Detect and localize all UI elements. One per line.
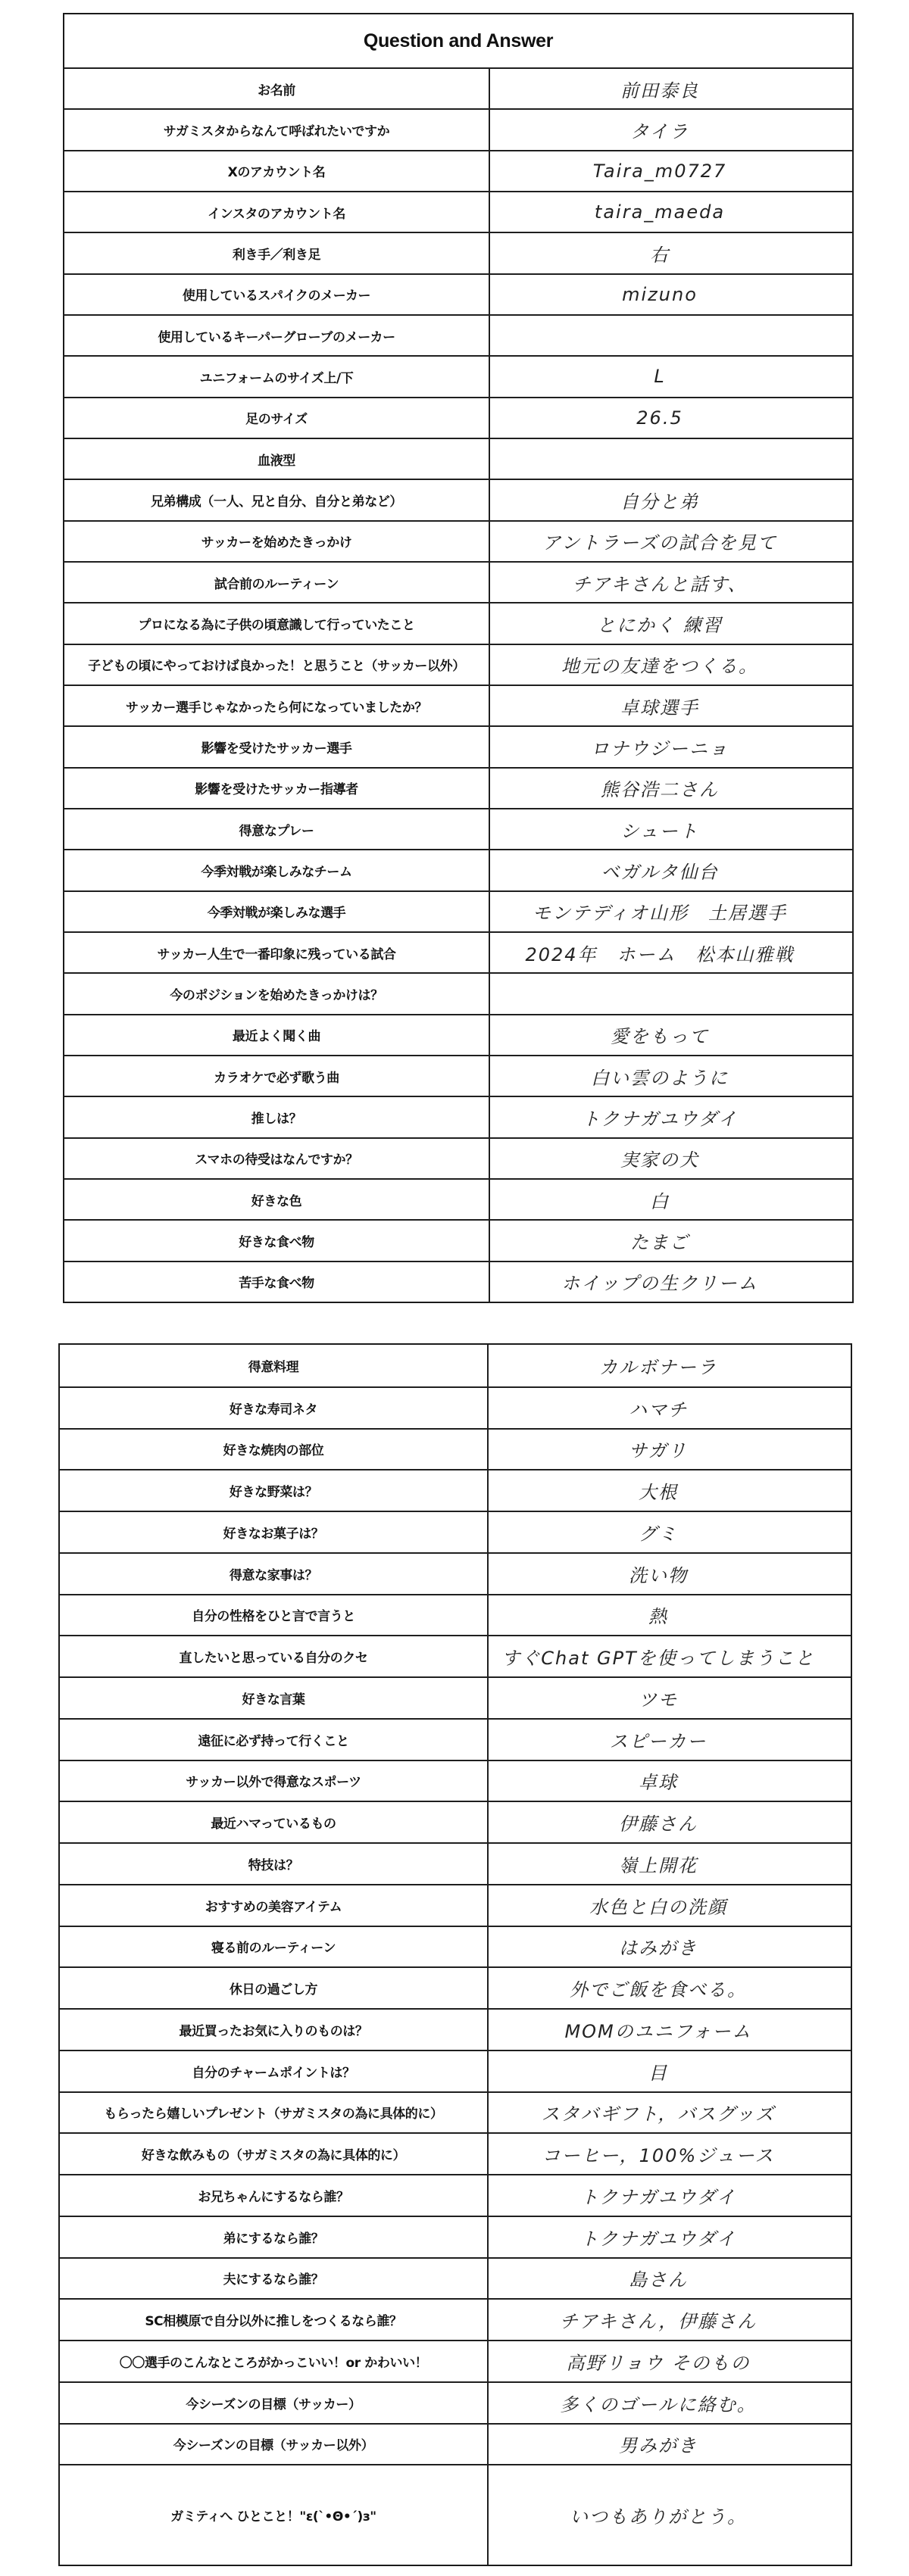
question-label: 今シーズンの目標（サッカー） bbox=[186, 2394, 361, 2412]
answer-text: アントラーズの試合を見て bbox=[542, 528, 777, 554]
table-row: 子どもの頃にやっておけば良かった！と思うこと（サッカー以外）地元の友達をつくる。 bbox=[64, 644, 852, 685]
question-label: 好きなお菓子は？ bbox=[223, 1523, 324, 1542]
question-label: 血液型 bbox=[258, 450, 295, 469]
answer-text: ロナウジーニョ bbox=[591, 734, 729, 760]
table-row: 影響を受けたサッカー選手ロナウジーニョ bbox=[64, 725, 852, 766]
answer-text: 卓球 bbox=[639, 1767, 678, 1794]
answer-text: 2024年 ホーム 松本山雅戦 bbox=[525, 940, 794, 966]
table-row: 好きな色白 bbox=[64, 1178, 852, 1219]
answer-cell: ホイップの生クリーム bbox=[490, 1262, 852, 1302]
answer-cell: はみがき bbox=[489, 1927, 851, 1967]
question-cell: 〇〇選手のこんなところがかっこいい！or かわいい！ bbox=[60, 2341, 489, 2381]
question-cell: 使用しているスパイクのメーカー bbox=[64, 275, 490, 314]
question-label: スマホの待受はなんですか？ bbox=[195, 1149, 358, 1168]
answer-cell: ハマチ bbox=[489, 1388, 851, 1428]
question-label: 〇〇選手のこんなところがかっこいい！or かわいい！ bbox=[120, 2352, 428, 2371]
answer-cell: たまご bbox=[490, 1221, 852, 1260]
answer-text: 島さん bbox=[629, 2265, 688, 2291]
page-title: Question and Answer bbox=[364, 30, 553, 52]
table-row: インスタのアカウント名taira_maeda bbox=[64, 191, 852, 232]
question-cell: 自分のチャームポイントは？ bbox=[60, 2051, 489, 2091]
answer-cell: スタバギフト，バスグッズ bbox=[489, 2093, 851, 2133]
answer-cell: 卓球 bbox=[489, 1761, 851, 1801]
table-row: 得意料理カルボナーラ bbox=[60, 1345, 851, 1386]
answer-text: コーヒー，100%ジュース bbox=[542, 2141, 774, 2167]
question-cell: 好きな食べ物 bbox=[64, 1221, 490, 1260]
answer-cell bbox=[490, 316, 852, 355]
question-cell: 好きな焼肉の部位 bbox=[60, 1430, 489, 1470]
table-row: 今シーズンの目標（サッカー以外）男みがき bbox=[60, 2423, 851, 2465]
table-row: 好きな焼肉の部位サガリ bbox=[60, 1428, 851, 1470]
answer-cell: コーヒー，100%ジュース bbox=[489, 2134, 851, 2174]
answer-cell: トクナガユウダイ bbox=[490, 1097, 852, 1137]
table-row: 遠征に必ず持って行くことスピーカー bbox=[60, 1718, 851, 1760]
table-row: 休日の過ごし方外でご飯を食べる。 bbox=[60, 1966, 851, 2008]
question-label: 兄弟構成（一人、兄と自分、自分と弟など） bbox=[151, 491, 402, 510]
answer-cell: 熱 bbox=[489, 1595, 851, 1636]
answer-cell: MOMのユニフォーム bbox=[489, 2010, 851, 2050]
question-label: 今のポジションを始めたきっかけは？ bbox=[170, 984, 383, 1003]
answer-text: 熱 bbox=[648, 1601, 668, 1628]
answer-text: トクナガユウダイ bbox=[580, 2182, 736, 2209]
answer-text: ベガルタ仙台 bbox=[601, 857, 718, 884]
question-label: 得意料理 bbox=[248, 1356, 298, 1375]
question-cell: 寝る前のルーティーン bbox=[60, 1927, 489, 1967]
question-label: 寝る前のルーティーン bbox=[211, 1937, 336, 1956]
table-row: 足のサイズ26.5 bbox=[64, 397, 852, 438]
answer-cell: 嶺上開花 bbox=[489, 1844, 851, 1884]
answer-text: 嶺上開花 bbox=[619, 1851, 698, 1877]
table-row: ユニフォームのサイズ上/下L bbox=[64, 355, 852, 396]
question-cell: 夫にするなら誰？ bbox=[60, 2259, 489, 2299]
question-label: 好きな寿司ネタ bbox=[230, 1399, 317, 1417]
answer-cell: 地元の友達をつくる。 bbox=[490, 645, 852, 685]
answer-cell bbox=[490, 974, 852, 1013]
table-row: サッカー以外で得意なスポーツ卓球 bbox=[60, 1760, 851, 1801]
table-row: 使用しているスパイクのメーカーmizuno bbox=[64, 273, 852, 314]
answer-cell: 多くのゴールに絡む。 bbox=[489, 2383, 851, 2423]
answer-cell: すぐChat GPTを使ってしまうこと bbox=[489, 1636, 851, 1676]
table-row: プロになる為に子供の頃意識して行っていたこととにかく 練習 bbox=[64, 602, 852, 643]
table-row: おすすめの美容アイテム水色と白の洗顔 bbox=[60, 1884, 851, 1926]
answer-text: 右 bbox=[650, 240, 670, 267]
answer-cell: カルボナーラ bbox=[489, 1345, 851, 1386]
question-label: 特技は？ bbox=[248, 1854, 298, 1873]
answer-text: ツモ bbox=[639, 1685, 678, 1711]
question-cell: 推しは？ bbox=[64, 1097, 490, 1137]
title-row: Question and Answer bbox=[64, 14, 852, 67]
answer-text: グミ bbox=[639, 1519, 678, 1545]
table-row: 最近買ったお気に入りのものは？MOMのユニフォーム bbox=[60, 2008, 851, 2050]
answer-cell: 自分と弟 bbox=[490, 480, 852, 519]
answer-text: スタバギフト，バスグッズ bbox=[542, 2099, 775, 2125]
answer-text: 目 bbox=[648, 2058, 668, 2085]
question-label: 子どもの頃にやっておけば良かった！と思うこと（サッカー以外） bbox=[88, 655, 465, 674]
table-row: サッカー選手じゃなかったら何になっていましたか？卓球選手 bbox=[64, 685, 852, 725]
table-row: 今季対戦が楽しみな選手モンテディオ山形 土居選手 bbox=[64, 890, 852, 931]
table-row: 今シーズンの目標（サッカー）多くのゴールに絡む。 bbox=[60, 2381, 851, 2423]
question-label: プロになる為に子供の頃意識して行っていたこと bbox=[138, 614, 414, 633]
answer-cell: 洗い物 bbox=[489, 1554, 851, 1594]
table-row: もらったら嬉しいプレゼント（サガミスタの為に具体的に）スタバギフト，バスグッズ bbox=[60, 2091, 851, 2133]
question-cell: 今季対戦が楽しみなチーム bbox=[64, 850, 490, 890]
question-cell: 今シーズンの目標（サッカー以外） bbox=[60, 2425, 489, 2465]
table-row: サガミスタからなんて呼ばれたいですかタイラ bbox=[64, 108, 852, 149]
answer-cell: 目 bbox=[489, 2051, 851, 2091]
answer-text: 多くのゴールに絡む。 bbox=[560, 2390, 757, 2416]
answer-text: 26.5 bbox=[636, 407, 683, 429]
answer-cell: ベガルタ仙台 bbox=[490, 850, 852, 890]
table-row: SC相模原で自分以外に推しをつくるなら誰？チアキさん，伊藤さん bbox=[60, 2298, 851, 2340]
question-cell: 兄弟構成（一人、兄と自分、自分と弟など） bbox=[64, 480, 490, 519]
answer-text: 白 bbox=[650, 1187, 670, 1213]
question-label: 好きな野菜は？ bbox=[230, 1481, 317, 1500]
question-label: 影響を受けたサッカー指導者 bbox=[195, 778, 358, 797]
question-cell: 好きな寿司ネタ bbox=[60, 1388, 489, 1428]
table-row: 好きなお菓子は？グミ bbox=[60, 1511, 851, 1552]
answer-text: トクナガユウダイ bbox=[582, 1104, 738, 1131]
question-cell: 影響を受けたサッカー指導者 bbox=[64, 769, 490, 808]
question-label: おすすめの美容アイテム bbox=[205, 1896, 342, 1915]
table-row: 今季対戦が楽しみなチームベガルタ仙台 bbox=[64, 849, 852, 890]
table-row: 影響を受けたサッカー指導者熊谷浩二さん bbox=[64, 767, 852, 808]
question-label: サガミスタからなんて呼ばれたいですか bbox=[164, 120, 389, 139]
question-cell: 最近買ったお気に入りのものは？ bbox=[60, 2010, 489, 2050]
question-cell: 今季対戦が楽しみな選手 bbox=[64, 892, 490, 931]
question-label: 使用しているスパイクのメーカー bbox=[183, 285, 370, 304]
answer-cell: 伊藤さん bbox=[489, 1802, 851, 1842]
question-label: 推しは？ bbox=[251, 1108, 301, 1127]
question-label: 苦手な食べ物 bbox=[239, 1272, 314, 1291]
question-label: お兄ちゃんにするなら誰？ bbox=[198, 2186, 348, 2205]
question-label: 遠征に必ず持って行くこと bbox=[198, 1730, 348, 1749]
table-row: サッカーを始めたきっかけアントラーズの試合を見て bbox=[64, 520, 852, 561]
answer-cell: ツモ bbox=[489, 1678, 851, 1718]
question-cell: サッカー以外で得意なスポーツ bbox=[60, 1761, 489, 1801]
question-label: 利き手／利き足 bbox=[233, 244, 320, 263]
table-row: 最近よく聞く曲愛をもって bbox=[64, 1014, 852, 1055]
answer-cell: 熊谷浩二さん bbox=[490, 769, 852, 808]
answer-text: トクナガユウダイ bbox=[580, 2224, 736, 2250]
answer-text: たまご bbox=[630, 1227, 689, 1254]
question-cell: 弟にするなら誰？ bbox=[60, 2217, 489, 2257]
answer-cell: 白 bbox=[490, 1180, 852, 1219]
question-label: サッカー以外で得意なスポーツ bbox=[186, 1771, 361, 1790]
question-label: SC相模原で自分以外に推しをつくるなら誰？ bbox=[145, 2310, 401, 2329]
table-row: 寝る前のルーティーンはみがき bbox=[60, 1926, 851, 1967]
question-cell: おすすめの美容アイテム bbox=[60, 1885, 489, 1926]
answer-cell: 2024年 ホーム 松本山雅戦 bbox=[490, 933, 852, 972]
table-row: 得意な家事は？洗い物 bbox=[60, 1552, 851, 1594]
table-row: 特技は？嶺上開花 bbox=[60, 1842, 851, 1884]
question-label: 今季対戦が楽しみなチーム bbox=[201, 861, 351, 880]
table-row: 自分のチャームポイントは？目 bbox=[60, 2050, 851, 2091]
answer-cell: 男みがき bbox=[489, 2425, 851, 2465]
table-row: 直したいと思っている自分のクセすぐChat GPTを使ってしまうこと bbox=[60, 1635, 851, 1676]
question-label: 影響を受けたサッカー選手 bbox=[201, 738, 352, 756]
question-cell: お兄ちゃんにするなら誰？ bbox=[60, 2175, 489, 2216]
table-row: 最近ハマっているもの伊藤さん bbox=[60, 1801, 851, 1842]
question-cell: 好きな色 bbox=[64, 1180, 490, 1219]
answer-cell: チアキさん，伊藤さん bbox=[489, 2300, 851, 2340]
table-row: 推しは？トクナガユウダイ bbox=[64, 1096, 852, 1137]
answer-cell: 卓球選手 bbox=[490, 686, 852, 725]
answer-text: 高野リョウ そのもの bbox=[567, 2348, 751, 2375]
table-row: 好きな食べ物たまご bbox=[64, 1219, 852, 1260]
answer-text: チアキさんと話す、 bbox=[572, 569, 747, 596]
answer-cell: 大根 bbox=[489, 1470, 851, 1511]
answer-text: 地元の友達をつくる。 bbox=[561, 651, 758, 678]
answer-cell: アントラーズの試合を見て bbox=[490, 522, 852, 561]
answer-cell: いつもありがとう。 bbox=[489, 2465, 851, 2565]
table-row: スマホの待受はなんですか？実家の犬 bbox=[64, 1137, 852, 1178]
question-label: 得意な家事は？ bbox=[230, 1564, 317, 1583]
question-cell: もらったら嬉しいプレゼント（サガミスタの為に具体的に） bbox=[60, 2093, 489, 2133]
answer-text: すぐChat GPTを使ってしまうこと bbox=[501, 1643, 814, 1670]
answer-cell: スピーカー bbox=[489, 1720, 851, 1760]
table-row: カラオケで必ず歌う曲白い雲のように bbox=[64, 1055, 852, 1096]
question-label: 休日の過ごし方 bbox=[230, 1979, 317, 1997]
table-row: 血液型 bbox=[64, 438, 852, 479]
question-label: お名前 bbox=[258, 80, 295, 98]
table-row: 得意なプレーシュート bbox=[64, 808, 852, 849]
table-row: 弟にするなら誰？トクナガユウダイ bbox=[60, 2216, 851, 2257]
question-cell: 好きな野菜は？ bbox=[60, 1470, 489, 1511]
question-cell: ガミティへ ひとこと！"ε(`•Θ•´)з" bbox=[60, 2465, 489, 2565]
answer-cell: モンテディオ山形 土居選手 bbox=[490, 892, 852, 931]
table-row: 苦手な食べ物ホイップの生クリーム bbox=[64, 1261, 852, 1302]
answer-text: とにかく 練習 bbox=[597, 610, 723, 637]
question-label: もらったら嬉しいプレゼント（サガミスタの為に具体的に） bbox=[104, 2103, 442, 2122]
question-cell: 今のポジションを始めたきっかけは？ bbox=[64, 974, 490, 1013]
table-row: 今のポジションを始めたきっかけは？ bbox=[64, 972, 852, 1013]
table-row: 使用しているキーパーグローブのメーカー bbox=[64, 314, 852, 355]
answer-text: スピーカー bbox=[610, 1726, 708, 1753]
answer-text: サガリ bbox=[629, 1436, 688, 1462]
answer-text: ハマチ bbox=[629, 1395, 688, 1421]
answer-text: チアキさん，伊藤さん bbox=[560, 2306, 757, 2333]
question-cell: 自分の性格をひと言で言うと bbox=[60, 1595, 489, 1636]
question-cell: 血液型 bbox=[64, 439, 490, 479]
question-label: サッカー人生で一番印象に残っている試合 bbox=[157, 943, 395, 962]
question-label: 最近よく聞く曲 bbox=[233, 1025, 320, 1044]
qa-table-page-1: Question and Answer お名前前田泰良 サガミスタからなんて呼ば… bbox=[63, 13, 854, 1303]
question-label: サッカーを始めたきっかけ bbox=[201, 532, 352, 550]
table-row: お兄ちゃんにするなら誰？トクナガユウダイ bbox=[60, 2174, 851, 2216]
table-row: お名前前田泰良 bbox=[64, 67, 852, 108]
question-label: 自分のチャームポイントは？ bbox=[192, 2062, 355, 2081]
answer-text: 実家の犬 bbox=[620, 1145, 699, 1171]
question-cell: お名前 bbox=[64, 69, 490, 108]
question-label: カラオケで必ず歌う曲 bbox=[214, 1067, 339, 1086]
answer-cell: Taira_m0727 bbox=[490, 151, 852, 191]
answer-text: 伊藤さん bbox=[619, 1809, 698, 1835]
answer-cell: 白い雲のように bbox=[490, 1056, 852, 1096]
question-label: 足のサイズ bbox=[245, 408, 308, 427]
answer-cell: サガリ bbox=[489, 1430, 851, 1470]
answer-text: MOMのユニフォーム bbox=[564, 2016, 751, 2043]
answer-text: シュート bbox=[620, 816, 699, 843]
question-cell: プロになる為に子供の頃意識して行っていたこと bbox=[64, 603, 490, 643]
table-row: 夫にするなら誰？島さん bbox=[60, 2257, 851, 2299]
question-label: ユニフォームのサイズ上/下 bbox=[200, 367, 354, 386]
answer-cell: 愛をもって bbox=[490, 1015, 852, 1055]
answer-cell: チアキさんと話す、 bbox=[490, 563, 852, 602]
question-cell: 遠征に必ず持って行くこと bbox=[60, 1720, 489, 1760]
answer-cell: 外でご飯を食べる。 bbox=[489, 1968, 851, 2008]
table-row: 好きな飲みもの（サガミスタの為に具体的に）コーヒー，100%ジュース bbox=[60, 2132, 851, 2174]
answer-cell: トクナガユウダイ bbox=[489, 2175, 851, 2216]
question-label: 今シーズンの目標（サッカー以外） bbox=[173, 2434, 373, 2453]
table-row: 好きな言葉ツモ bbox=[60, 1676, 851, 1718]
question-label: 自分の性格をひと言で言うと bbox=[192, 1605, 355, 1624]
answer-text: いつもありがとう。 bbox=[570, 2502, 747, 2528]
table-row: サッカー人生で一番印象に残っている試合2024年 ホーム 松本山雅戦 bbox=[64, 931, 852, 972]
answer-text: 前田泰良 bbox=[620, 76, 699, 102]
question-cell: サッカー選手じゃなかったら何になっていましたか？ bbox=[64, 686, 490, 725]
answer-text: 自分と弟 bbox=[620, 487, 699, 513]
answer-cell: 島さん bbox=[489, 2259, 851, 2299]
question-label: 好きな色 bbox=[251, 1190, 301, 1209]
question-label: 最近ハマっているもの bbox=[211, 1813, 336, 1832]
answer-cell: グミ bbox=[489, 1512, 851, 1552]
question-cell: 子どもの頃にやっておけば良かった！と思うこと（サッカー以外） bbox=[64, 645, 490, 685]
answer-text: 卓球選手 bbox=[620, 693, 699, 719]
question-cell: 好きなお菓子は？ bbox=[60, 1512, 489, 1552]
question-cell: 苦手な食べ物 bbox=[64, 1262, 490, 1302]
question-cell: 最近ハマっているもの bbox=[60, 1802, 489, 1842]
question-cell: サッカー人生で一番印象に残っている試合 bbox=[64, 933, 490, 972]
qa-table-page-2: 得意料理カルボナーラ 好きな寿司ネタハマチ 好きな焼肉の部位サガリ 好きな野菜は… bbox=[58, 1343, 852, 2566]
answer-text: ホイップの生クリーム bbox=[561, 1268, 758, 1295]
answer-cell: 26.5 bbox=[490, 398, 852, 438]
question-label: インスタのアカウント名 bbox=[208, 203, 345, 222]
table-row: 好きな寿司ネタハマチ bbox=[60, 1386, 851, 1428]
answer-text: タイラ bbox=[630, 117, 689, 143]
answer-cell: 高野リョウ そのもの bbox=[489, 2341, 851, 2381]
answer-text: 洗い物 bbox=[629, 1561, 688, 1587]
question-label: 使用しているキーパーグローブのメーカー bbox=[158, 326, 395, 345]
answer-text: モンテディオ山形 土居選手 bbox=[533, 898, 787, 925]
question-cell: 好きな言葉 bbox=[60, 1678, 489, 1718]
answer-text: 外でご飯を食べる。 bbox=[570, 1975, 747, 2001]
answer-cell: taira_maeda bbox=[490, 192, 852, 232]
answer-cell: ロナウジーニョ bbox=[490, 727, 852, 766]
answer-text: 熊谷浩二さん bbox=[601, 775, 719, 801]
table-row: 自分の性格をひと言で言うと熱 bbox=[60, 1594, 851, 1636]
table-row: 好きな野菜は？大根 bbox=[60, 1469, 851, 1511]
question-cell: 利き手／利き足 bbox=[64, 233, 490, 273]
question-cell: 影響を受けたサッカー選手 bbox=[64, 727, 490, 766]
question-cell: 試合前のルーティーン bbox=[64, 563, 490, 602]
question-label: 好きな言葉 bbox=[242, 1689, 305, 1707]
question-label: 試合前のルーティーン bbox=[214, 573, 339, 592]
answer-cell: 前田泰良 bbox=[490, 69, 852, 108]
answer-cell bbox=[490, 439, 852, 479]
question-cell: カラオケで必ず歌う曲 bbox=[64, 1056, 490, 1096]
question-cell: 休日の過ごし方 bbox=[60, 1968, 489, 2008]
question-cell: 好きな飲みもの（サガミスタの為に具体的に） bbox=[60, 2134, 489, 2174]
question-label: Xのアカウント名 bbox=[228, 161, 326, 180]
question-cell: 使用しているキーパーグローブのメーカー bbox=[64, 316, 490, 355]
answer-cell: mizuno bbox=[490, 275, 852, 314]
question-label: 弟にするなら誰？ bbox=[223, 2228, 324, 2247]
table-row: 〇〇選手のこんなところがかっこいい！or かわいい！高野リョウ そのもの bbox=[60, 2340, 851, 2381]
table-row-message: ガミティへ ひとこと！"ε(`•Θ•´)з"いつもありがとう。 bbox=[60, 2464, 851, 2565]
question-label: ガミティへ ひとこと！"ε(`•Θ•´)з" bbox=[170, 2506, 376, 2525]
answer-cell: L bbox=[490, 357, 852, 396]
answer-text: 白い雲のように bbox=[591, 1063, 729, 1090]
question-label: 好きな飲みもの（サガミスタの為に具体的に） bbox=[142, 2144, 405, 2163]
question-cell: Xのアカウント名 bbox=[64, 151, 490, 191]
answer-cell: タイラ bbox=[490, 110, 852, 149]
answer-cell: トクナガユウダイ bbox=[489, 2217, 851, 2257]
answer-cell: 水色と白の洗顔 bbox=[489, 1885, 851, 1926]
question-cell: 得意料理 bbox=[60, 1345, 489, 1386]
answer-text: はみがき bbox=[619, 1933, 698, 1960]
answer-cell: 実家の犬 bbox=[490, 1139, 852, 1178]
table-row: 兄弟構成（一人、兄と自分、自分と弟など）自分と弟 bbox=[64, 479, 852, 519]
question-cell: インスタのアカウント名 bbox=[64, 192, 490, 232]
answer-text: カルボナーラ bbox=[599, 1352, 717, 1379]
question-label: 最近買ったお気に入りのものは？ bbox=[180, 2020, 368, 2039]
table-row: 利き手／利き足右 bbox=[64, 232, 852, 273]
question-label: 好きな焼肉の部位 bbox=[223, 1439, 324, 1458]
answer-text: taira_maeda bbox=[595, 201, 725, 223]
question-label: 直したいと思っている自分のクセ bbox=[180, 1647, 368, 1666]
question-cell: スマホの待受はなんですか？ bbox=[64, 1139, 490, 1178]
answer-cell: 右 bbox=[490, 233, 852, 273]
question-label: 夫にするなら誰？ bbox=[223, 2269, 324, 2288]
answer-cell: とにかく 練習 bbox=[490, 603, 852, 643]
answer-text: 男みがき bbox=[619, 2431, 698, 2457]
answer-text: 水色と白の洗顔 bbox=[589, 1892, 727, 1919]
question-cell: サガミスタからなんて呼ばれたいですか bbox=[64, 110, 490, 149]
question-cell: 得意なプレー bbox=[64, 809, 490, 849]
question-cell: 直したいと思っている自分のクセ bbox=[60, 1636, 489, 1676]
answer-text: L bbox=[654, 366, 665, 387]
question-cell: 最近よく聞く曲 bbox=[64, 1015, 490, 1055]
question-cell: 今シーズンの目標（サッカー） bbox=[60, 2383, 489, 2423]
answer-text: 愛をもって bbox=[611, 1021, 709, 1048]
question-cell: SC相模原で自分以外に推しをつくるなら誰？ bbox=[60, 2300, 489, 2340]
question-cell: ユニフォームのサイズ上/下 bbox=[64, 357, 490, 396]
question-label: 今季対戦が楽しみな選手 bbox=[208, 902, 346, 921]
question-label: サッカー選手じゃなかったら何になっていましたか？ bbox=[126, 697, 427, 716]
question-cell: サッカーを始めたきっかけ bbox=[64, 522, 490, 561]
answer-cell: シュート bbox=[490, 809, 852, 849]
table-row: 試合前のルーティーンチアキさんと話す、 bbox=[64, 561, 852, 602]
answer-text: Taira_m0727 bbox=[593, 161, 727, 182]
question-label: 好きな食べ物 bbox=[239, 1231, 314, 1250]
table-row: Xのアカウント名Taira_m0727 bbox=[64, 150, 852, 191]
question-label: 得意なプレー bbox=[239, 820, 314, 839]
question-cell: 得意な家事は？ bbox=[60, 1554, 489, 1594]
question-cell: 足のサイズ bbox=[64, 398, 490, 438]
answer-text: 大根 bbox=[639, 1477, 678, 1504]
question-cell: 特技は？ bbox=[60, 1844, 489, 1884]
answer-text: mizuno bbox=[622, 284, 698, 305]
